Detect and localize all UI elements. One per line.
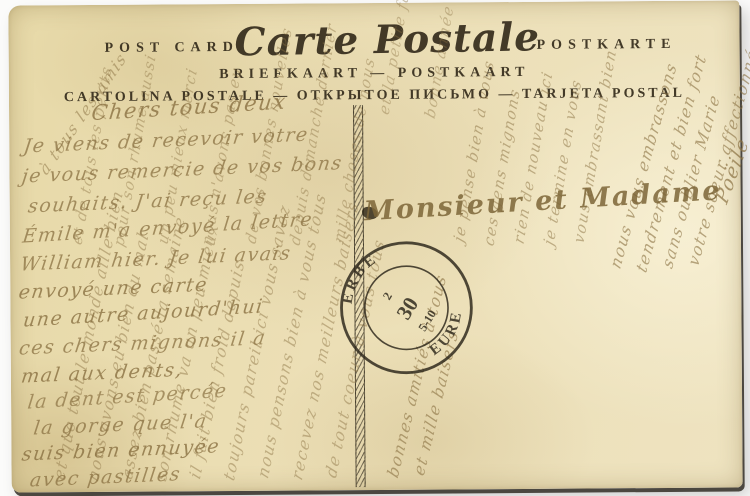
postmark-day: 30 (392, 293, 424, 324)
handwriting-line: et la petite famille (375, 0, 420, 117)
scan-background: POST CARD Carte Postale POSTKARTE BRIEFK… (0, 0, 750, 496)
handwriting-line: bonne année à tous (421, 0, 467, 121)
handwriting-line: vous embrassant bien (570, 46, 620, 246)
postcard: POST CARD Carte Postale POSTKARTE BRIEFK… (8, 0, 742, 492)
handwriting-line: William hier. Je lui avais (19, 242, 293, 275)
postmark-hour: 2 (380, 290, 395, 303)
postmark-stamp: ERBE EURE 2 30 5-10 (335, 236, 478, 379)
handwriting-line: envoyé une carte (17, 274, 209, 304)
